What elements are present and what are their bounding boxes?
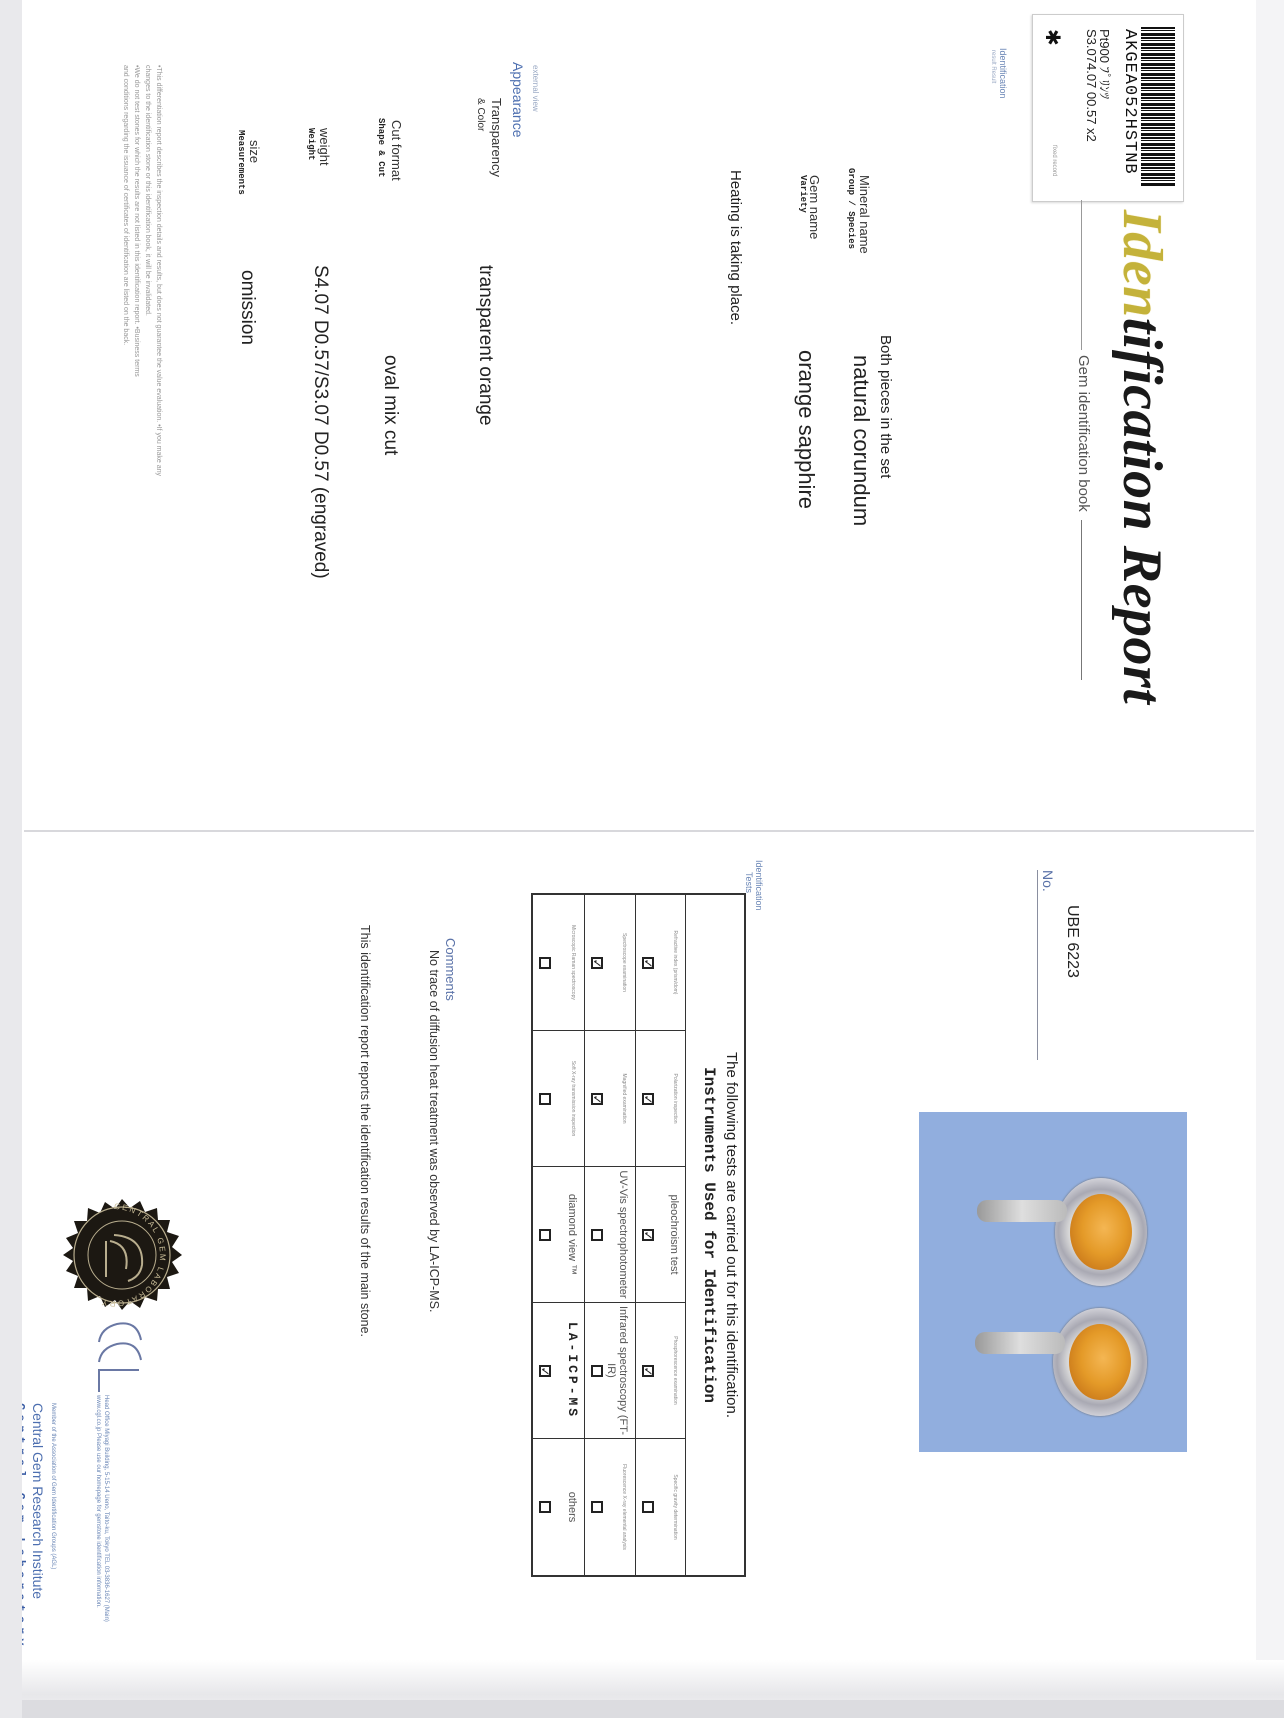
paper-edge (0, 0, 22, 1718)
tests-section-sub: Tests (744, 872, 754, 893)
gem-name-label: Gem name (807, 175, 822, 239)
divider (1081, 200, 1082, 350)
unchecked-checkbox[interactable] (539, 1229, 551, 1241)
checked-checkbox[interactable]: ✓ (591, 1093, 603, 1105)
unchecked-checkbox[interactable] (642, 1501, 654, 1513)
unchecked-checkbox[interactable] (539, 957, 551, 969)
test-cell: Phosphorescence examination✓ (635, 1303, 686, 1439)
test-label: Spectroscope examination (621, 895, 627, 1030)
instruments-table: The following tests are carried out for … (531, 893, 746, 1577)
unchecked-checkbox[interactable] (539, 1501, 551, 1513)
weight-label-en: Weight (306, 128, 316, 160)
test-label: diamond view ™ (566, 1167, 578, 1302)
test-label: LA-ICP-MS (565, 1303, 580, 1438)
report-note: This identification report reports the i… (358, 925, 372, 1337)
footer-website: www.cgl.co.jp Please use our homepage fo… (95, 1395, 101, 1608)
size-label-en: Measurements (236, 130, 246, 195)
page-title: Identification Report (1110, 210, 1174, 704)
test-cell: Refractive index (prism/dom)✓ (635, 895, 686, 1031)
page-fold (24, 830, 1254, 832)
both-pieces-note: Both pieces in the set (877, 335, 894, 478)
cgl-logo-icon (89, 1310, 149, 1400)
checked-checkbox[interactable]: ✓ (642, 1093, 654, 1105)
subtitle: Gem identification book (1075, 355, 1092, 512)
test-label: Polarization inspection (672, 1031, 678, 1166)
earring-hook (975, 1332, 1065, 1354)
transparency-label-en: & Color (475, 98, 486, 131)
test-label: Magnified examination (621, 1031, 627, 1166)
cut-format-label: Cut format (389, 120, 404, 181)
test-label: Soft X-ray transmission inspection (570, 1031, 576, 1166)
paper-edge (1256, 0, 1284, 1718)
star-icon: ✱ (1040, 29, 1065, 46)
test-cell: LA-ICP-MS✓ (533, 1303, 584, 1439)
test-label: UV-Vis spectrophotometer (617, 1167, 629, 1302)
barcode-text: AKGEA052HSTNB (1120, 29, 1139, 175)
checked-checkbox[interactable]: ✓ (539, 1365, 551, 1377)
barcode-icon (1141, 27, 1175, 187)
weight-label: weight (317, 128, 332, 166)
checked-checkbox[interactable]: ✓ (642, 1365, 654, 1377)
gem-name-label-en: Variety (798, 175, 808, 213)
disclaimer-line: changes to the identification stone or t… (142, 65, 153, 665)
orange-sapphire (1070, 1194, 1132, 1270)
test-label: Specific gravity determination (672, 1439, 678, 1575)
appearance-section-sub: external view (531, 65, 540, 112)
footer-address: Head Office Miyagi Building, 5-15-14 Uen… (103, 1395, 109, 1622)
transparency-value: transparent orange (474, 265, 496, 426)
test-cell: Specific gravity determination (635, 1439, 686, 1575)
test-cell: Spectroscope examination✓ (584, 895, 635, 1031)
identification-section-sub: result Result (990, 50, 996, 83)
unchecked-checkbox[interactable] (591, 1501, 603, 1513)
test-label: Phosphorescence examination (672, 1303, 678, 1438)
test-cell: Polarization inspection✓ (635, 1031, 686, 1167)
test-cell: Microscopic Raman spectroscopy (533, 895, 584, 1031)
disclaimer: •This differentiation report describes t… (120, 65, 164, 665)
test-cell: others (533, 1439, 584, 1575)
checked-checkbox[interactable]: ✓ (642, 1229, 654, 1241)
test-cell: UV-Vis spectrophotometer (584, 1167, 635, 1303)
comments-text: No trace of diffusion heat treatment was… (427, 950, 441, 1312)
label-note: fixed record (1051, 145, 1057, 176)
disclaimer-line: •This differentiation report describes t… (153, 65, 164, 665)
test-cell: Infrared spectroscopy (FT-IR) (584, 1303, 635, 1439)
disclaimer-line: •We do not test stones for which the res… (131, 65, 142, 665)
barcode-label: AKGEA052HSTNB Pt900 ﾌﾟﾘﾝﾂ S3.074.07 00.5… (1032, 14, 1184, 202)
tests-section-label: Identification (754, 860, 764, 911)
title-highlight: Iden (1111, 210, 1173, 318)
footer-member: Member of the Association of Gem Identif… (50, 1403, 56, 1569)
test-cell: pleochroism test✓ (635, 1167, 686, 1303)
checked-checkbox[interactable]: ✓ (642, 957, 654, 969)
tests-subheading: Instruments Used for Identification (700, 895, 718, 1575)
table-header: The following tests are carried out for … (685, 895, 744, 1575)
divider (1037, 870, 1038, 1060)
unchecked-checkbox[interactable] (591, 1365, 603, 1377)
cut-format-label-en: Shape & Cut (376, 118, 386, 177)
test-label: Fluorescence X-ray elemental analysis (621, 1439, 627, 1575)
unchecked-checkbox[interactable] (591, 1229, 603, 1241)
test-cell: diamond view ™ (533, 1167, 584, 1303)
test-cell: Fluorescence X-ray elemental analysis (584, 1439, 635, 1575)
transparency-label: Transparency (489, 98, 504, 177)
orange-sapphire (1069, 1324, 1131, 1400)
label-weights: S3.074.07 00.57 x2 (1084, 29, 1099, 142)
identification-section-label: Identification (998, 48, 1008, 99)
test-label: others (566, 1439, 578, 1575)
footer-institute: Central Gem Research Institute (30, 1403, 46, 1599)
divider (1081, 520, 1082, 680)
checked-checkbox[interactable]: ✓ (591, 957, 603, 969)
heating-note: Heating is taking place. (727, 170, 744, 325)
scan-edge (0, 1700, 1284, 1718)
size-label: size (247, 140, 262, 163)
report-number-value: UBE 6223 (1063, 905, 1081, 978)
unchecked-checkbox[interactable] (539, 1093, 551, 1105)
test-label: pleochroism test (668, 1167, 680, 1302)
test-label: Refractive index (prism/dom) (672, 895, 678, 1030)
tests-heading: The following tests are carried out for … (723, 895, 740, 1575)
title-rest: tification Report (1111, 318, 1173, 705)
size-value: omission (236, 270, 258, 345)
mineral-name-value: natural corundum (848, 355, 874, 526)
weight-value: S4.07 D0.57/S3.07 D0.57 (engraved) (309, 265, 331, 579)
comments-label: Comments (443, 938, 458, 1001)
test-cell: Soft X-ray transmission inspection (533, 1031, 584, 1167)
gold-seal-icon: CENTRAL GEM LABORATORY (44, 1185, 184, 1325)
test-cell: Magnified examination✓ (584, 1031, 635, 1167)
mineral-name-label-en: Group / Species (846, 168, 856, 249)
mineral-name-label: Mineral name (857, 175, 872, 254)
test-label: Infrared spectroscopy (FT-IR) (605, 1303, 629, 1438)
appearance-section-label: Appearance (510, 62, 526, 138)
gem-name-value: orange sapphire (793, 350, 819, 509)
test-label: Microscopic Raman spectroscopy (570, 895, 576, 1030)
report-number-label: No. (1040, 870, 1056, 892)
identification-report-sheet: AKGEA052HSTNB Pt900 ﾌﾟﾘﾝﾂ S3.074.07 00.5… (0, 0, 1284, 1718)
earring-hook (977, 1200, 1067, 1222)
disclaimer-line: and conditions regarding the issuance of… (120, 65, 131, 665)
gem-photo (919, 1112, 1187, 1452)
cut-format-value: oval mix cut (379, 355, 401, 455)
